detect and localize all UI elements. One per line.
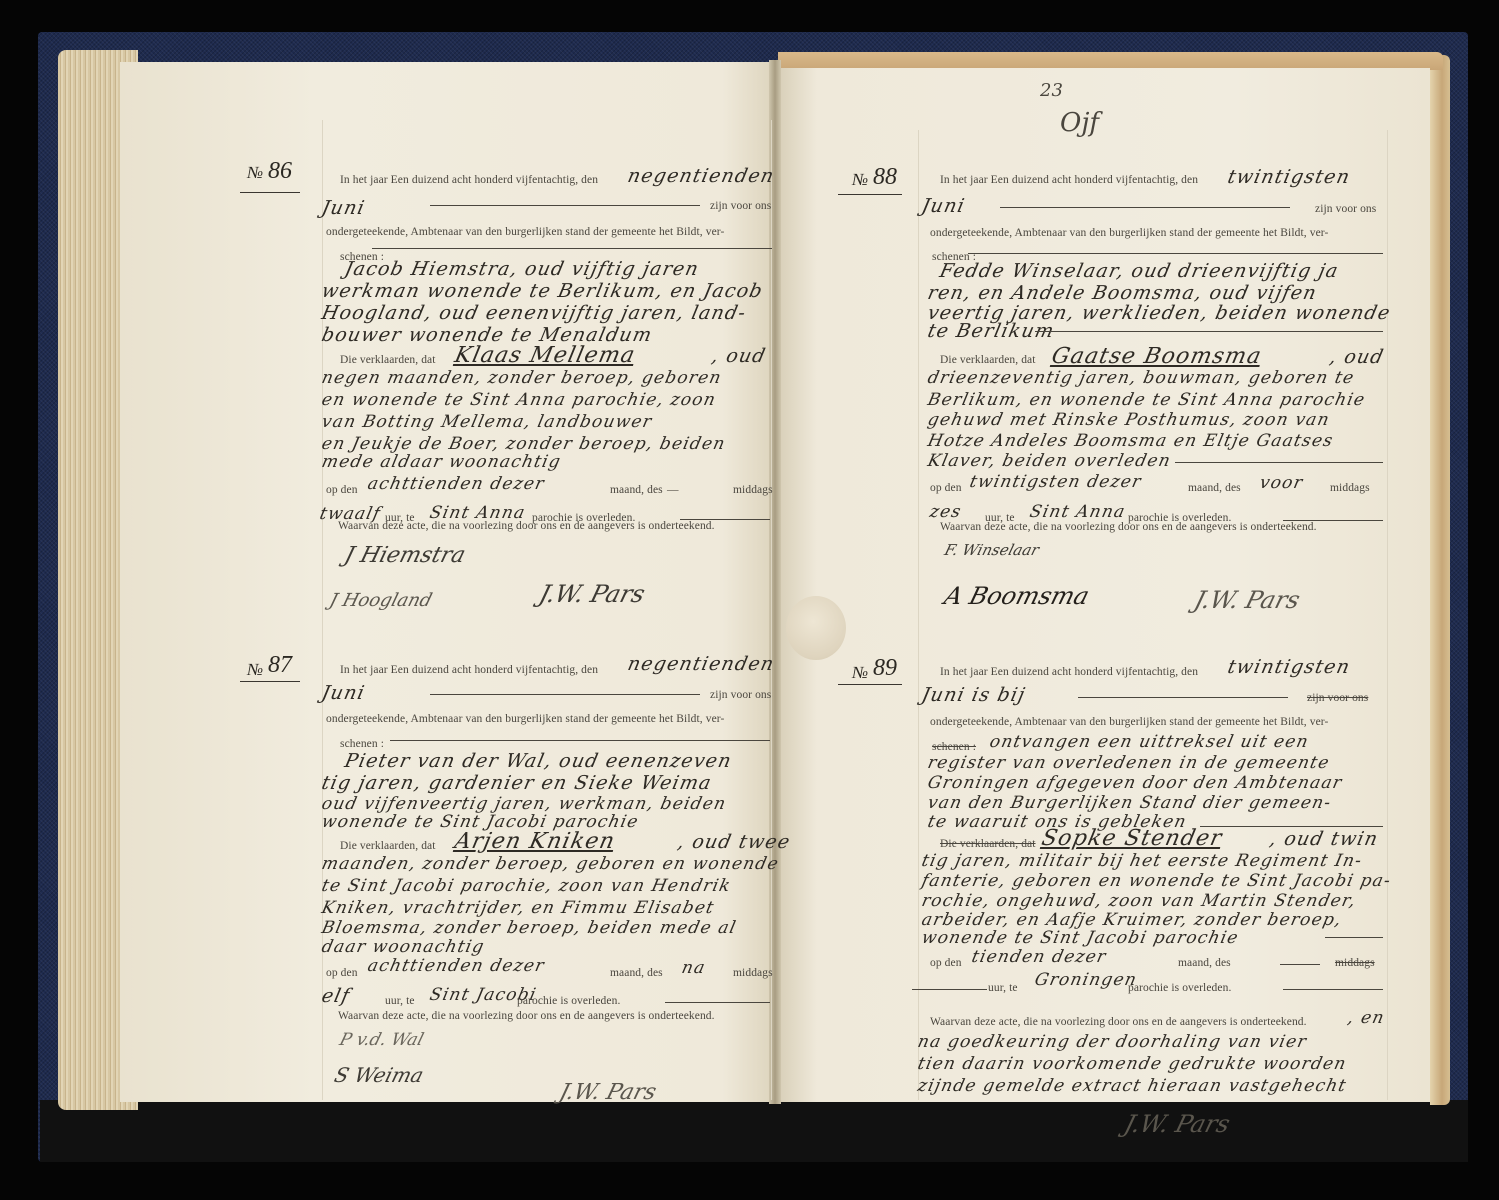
printed-noon: middags: [733, 967, 773, 979]
signature: F. Winselaar: [943, 541, 1041, 559]
printed-declared: Die verklaarden, dat: [340, 840, 436, 852]
entry-number: 89: [873, 655, 897, 682]
detail-line: negen maanden, zonder beroep, geboren: [320, 368, 724, 388]
printed-line1: In het jaar Een duizend acht honderd vij…: [940, 174, 1198, 186]
detail-line: rochie, ongehuwd, zoon van Martin Stende…: [920, 891, 1358, 911]
entry-number-label: №: [247, 660, 263, 680]
printed-month: maand, des: [610, 484, 663, 496]
fill-line: [665, 1002, 770, 1003]
printed-line1: In het jaar Een duizend acht honderd vij…: [340, 174, 598, 186]
number-underline: [838, 194, 902, 195]
printed-died: parochie is overleden.: [1128, 982, 1231, 994]
printed-closing: Waarvan deze acte, die na voorlezing doo…: [338, 520, 715, 532]
detail-line: van Botting Mellema, landbouwer: [320, 412, 654, 432]
closing-addendum: zijnde gemelde extract hieraan vastgehec…: [916, 1076, 1349, 1096]
fill-line: [390, 740, 770, 741]
printed-month: maand, des: [1178, 957, 1231, 969]
printed-line2-end: zijn voor ons: [1315, 203, 1376, 215]
signature: A Boomsma: [941, 582, 1092, 610]
number-underline: [838, 684, 902, 685]
witness-line: Jacob Hiemstra, oud vijftig jaren: [343, 258, 702, 280]
signature: J Hiemstra: [342, 543, 468, 568]
detail-line: , oud twee: [676, 831, 793, 853]
fill-line: [912, 989, 987, 990]
printed-line4-struck: schenen :: [932, 741, 976, 753]
witness-line: oud vijfenveertig jaren, werkman, beiden: [320, 794, 728, 814]
printed-closing: Waarvan deze acte, die na voorlezing doo…: [940, 521, 1317, 533]
printed-declared: Die verklaarden, dat: [340, 354, 436, 366]
death-hour: zes: [928, 502, 964, 522]
detail-line: , oud: [710, 345, 769, 367]
fill-line: [1280, 964, 1320, 965]
detail-line: Kniken, vrachtrijder, en Fimmu Elisabet: [320, 898, 716, 918]
registrar-signature: J.W. Pars: [536, 580, 648, 608]
registrar-signature: J.W. Pars: [557, 1080, 659, 1105]
page-mark: Ojf: [1060, 108, 1099, 138]
printed-line3: ondergeteekende, Ambtenaar van den burge…: [930, 227, 1328, 239]
fill-line: [1035, 331, 1383, 332]
registrar-signature: J.W. Pars: [1121, 1110, 1233, 1138]
closing-addendum: , en: [1346, 1008, 1387, 1028]
printed-line2-end-struck: zijn voor ons: [1307, 692, 1368, 704]
detail-line: mede aldaar woonachtig: [320, 452, 563, 472]
fill-line: [1283, 989, 1383, 990]
fill-line: [1175, 462, 1383, 463]
death-day: twintigsten dezer: [968, 472, 1144, 492]
fill-line: [1000, 207, 1290, 208]
fill-line: [372, 248, 772, 249]
month-handwritten: Juni: [320, 197, 368, 219]
witness-line: Hoogland, oud eenenvijftig jaren, land-: [320, 302, 749, 324]
printed-closing: Waarvan deze acte, die na voorlezing doo…: [930, 1016, 1307, 1028]
am-pm: —: [667, 484, 679, 496]
printed-declared-struck: Die verklaarden, dat: [940, 838, 1036, 850]
death-hour: elf: [320, 985, 353, 1007]
day-handwritten: twintigsten: [1226, 166, 1353, 188]
witness-line: Pieter van der Wal, oud eenenzeven: [343, 750, 734, 772]
printed-on-the: op den: [930, 482, 962, 494]
closing-addendum: na goedkeuring der doorhaling van vier: [916, 1032, 1309, 1052]
printed-hour: uur, te: [385, 995, 415, 1007]
signature: S Weima: [332, 1063, 427, 1087]
printed-on-the: op den: [326, 967, 358, 979]
day-handwritten: negentienden: [626, 653, 777, 675]
day-handwritten: twintigsten: [1226, 656, 1353, 678]
fill-line: [430, 205, 700, 206]
printed-line1: In het jaar Een duizend acht honderd vij…: [940, 666, 1198, 678]
book-shadow: [40, 1100, 1468, 1162]
detail-line: Klaver, beiden overleden: [926, 451, 1173, 471]
detail-line: en wonende te Sint Anna parochie, zoon: [320, 390, 718, 410]
detail-line: tig jaren, militair bij het eerste Regim…: [920, 851, 1364, 871]
printed-month: maand, des: [610, 967, 663, 979]
printed-died: parochie is overleden.: [517, 995, 620, 1007]
fill-line: [968, 253, 1383, 254]
detail-line: gehuwd met Rinske Posthumus, zoon van: [926, 410, 1332, 430]
am-pm: na: [680, 958, 708, 978]
closing-addendum: tien daarin voorkomende gedrukte woorden: [916, 1054, 1349, 1074]
day-handwritten: negentienden: [626, 165, 777, 187]
extract-line: van den Burgerlijken Stand dier gemeen-: [926, 793, 1334, 813]
printed-line2-end: zijn voor ons: [710, 200, 771, 212]
fill-line: [1078, 697, 1288, 698]
deceased-name: Gaatse Boomsma: [1049, 344, 1264, 369]
deceased-name: Sopke Stender: [1039, 826, 1224, 851]
death-day: tienden dezer: [970, 947, 1109, 967]
detail-line: en Jeukje de Boer, zonder beroep, beiden: [320, 434, 728, 454]
printed-on-the: op den: [326, 484, 358, 496]
month-handwritten: Juni is bij: [920, 684, 1028, 706]
paper-seal-stain: [786, 596, 846, 660]
detail-line: daar woonachtig: [320, 937, 487, 957]
entry-number: 88: [873, 164, 897, 191]
printed-hour: uur, te: [988, 982, 1018, 994]
entry-number-label: №: [852, 170, 868, 190]
witness-line: ren, en Andele Boomsma, oud vijfen: [926, 282, 1319, 304]
detail-line: arbeider, en Aafje Kruimer, zonder beroe…: [920, 910, 1344, 930]
printed-line1: In het jaar Een duizend acht honderd vij…: [340, 664, 598, 676]
printed-noon: middags: [1330, 482, 1370, 494]
page-number: 23: [1040, 80, 1063, 101]
detail-line: te Sint Jacobi parochie, zoon van Hendri…: [320, 876, 733, 896]
detail-line: , oud: [1328, 346, 1387, 368]
printed-line3: ondergeteekende, Ambtenaar van den burge…: [930, 716, 1328, 728]
number-underline: [240, 681, 300, 682]
detail-line: Bloemsma, zonder beroep, beiden mede al: [320, 918, 739, 938]
detail-line: , oud twin: [1268, 828, 1381, 850]
death-day: achttienden dezer: [366, 956, 547, 976]
am-pm: voor: [1258, 473, 1305, 493]
entry-number-label: №: [247, 163, 263, 183]
detail-line: Hotze Andeles Boomsma en Eltje Gaatses: [926, 431, 1335, 451]
month-handwritten: Juni: [920, 195, 968, 217]
fill-line: [430, 694, 700, 695]
extract-line: Groningen afgegeven door den Ambtenaar: [926, 773, 1344, 793]
printed-noon-struck: middags: [1335, 957, 1375, 969]
printed-on-the: op den: [930, 957, 962, 969]
printed-line4: schenen :: [340, 738, 384, 750]
fill-line: [1325, 937, 1383, 938]
witness-line: tig jaren, gardenier en Sieke Weima: [320, 772, 714, 794]
witness-line: Fedde Winselaar, oud drieenvijftig ja: [938, 260, 1341, 282]
death-place: Sint Anna: [1028, 502, 1128, 522]
month-handwritten: Juni: [320, 682, 368, 704]
printed-line3: ondergeteekende, Ambtenaar van den burge…: [326, 713, 724, 725]
detail-line: fanterie, geboren en wonende te Sint Jac…: [920, 871, 1393, 891]
entry-number-label: №: [852, 663, 868, 683]
extract-line: register van overledenen in de gemeente: [926, 753, 1332, 773]
death-day: achttienden dezer: [366, 474, 547, 494]
detail-line: wonende te Sint Jacobi parochie: [920, 928, 1241, 948]
fill-line: [1200, 826, 1383, 827]
registrar-signature: J.W. Pars: [1191, 586, 1303, 614]
signature: J Hoogland: [327, 590, 434, 611]
printed-month: maand, des: [1188, 482, 1241, 494]
deceased-name: Arjen Kniken: [452, 829, 617, 854]
printed-line2-end: zijn voor ons: [710, 689, 771, 701]
printed-closing: Waarvan deze acte, die na voorlezing doo…: [338, 1010, 715, 1022]
detail-line: drieenzeventig jaren, bouwman, geboren t…: [926, 368, 1357, 388]
witness-line: werkman wonende te Berlikum, en Jacob: [320, 280, 766, 302]
number-underline: [240, 192, 300, 193]
page-edges-right: [1430, 55, 1450, 1105]
printed-noon: middags: [733, 484, 773, 496]
signature: P v.d. Wal: [337, 1030, 425, 1050]
entry-number: 87: [268, 652, 292, 679]
extract-line: ontvangen een uittreksel uit een: [988, 732, 1311, 752]
deceased-name: Klaas Mellema: [452, 343, 638, 368]
death-place: Groningen: [1033, 970, 1139, 990]
printed-declared: Die verklaarden, dat: [940, 354, 1036, 366]
detail-line: Berlikum, en wonende te Sint Anna paroch…: [926, 390, 1368, 410]
entry-number: 86: [268, 158, 292, 185]
detail-line: maanden, zonder beroep, geboren en wonen…: [320, 854, 781, 874]
printed-line3: ondergeteekende, Ambtenaar van den burge…: [326, 226, 724, 238]
